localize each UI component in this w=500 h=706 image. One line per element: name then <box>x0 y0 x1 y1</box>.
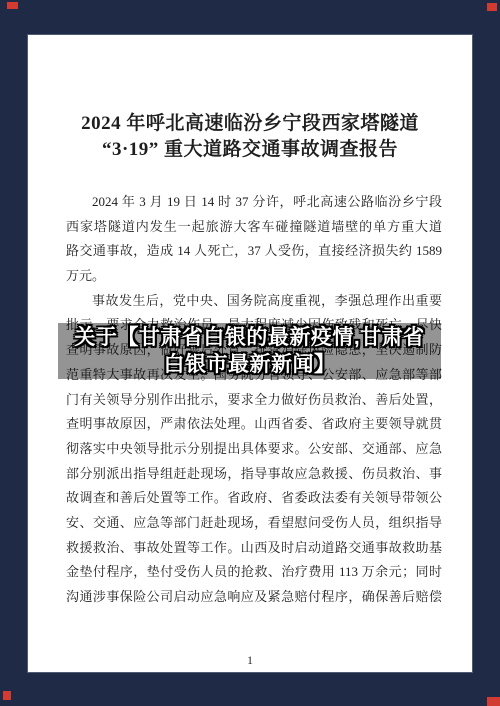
screenshot-canvas: 2024 年呼北高速临汾乡宁段西家塔隧道 “3·19” 重大道路交通事故调查报告… <box>0 0 500 706</box>
document-title-line-2: “3·19” 重大道路交通事故调查报告 <box>28 137 472 163</box>
body-line: 沟通涉事保险公司启动应急响应及紧急赔付程序，确保善后赔偿 <box>66 585 442 610</box>
body-line: 安、交通、应急等部门赶赴现场，看望慰问受伤人员，组织指导 <box>66 511 442 536</box>
watermark-headline-line-1: 关于【甘肃省白银的最新疫情,甘肃省 <box>74 324 424 351</box>
watermark-headline-line-2: 白银市最新新闻】 <box>164 351 336 378</box>
body-line: 救援救治、事故处置等工作。山西及时启动道路交通事故救助基 <box>66 536 442 561</box>
document-body: 2024 年 3 月 19 日 14 时 37 分许，呼北高速公路临汾乡宁段西家… <box>66 190 442 610</box>
corner-mark-bottom-right <box>487 697 500 706</box>
corner-mark-top-left <box>7 2 18 9</box>
document-title-line-1: 2024 年呼北高速临汾乡宁段西家塔隧道 <box>28 111 472 137</box>
body-line: 故调查和善后处置等工作。省政府、省委政法委有关领导带领公 <box>66 486 442 511</box>
body-line: 部分别派出指导组赶赴现场，指导事故应急救援、伤员救治、事 <box>66 462 442 487</box>
body-line: 查明事故原因，严肃依法处理。山西省委、省政府主要领导就贯 <box>66 412 442 437</box>
body-line: 事故发生后，党中央、国务院高度重视，李强总理作出重要 <box>66 289 442 314</box>
watermark-headline-banner: 关于【甘肃省白银的最新疫情,甘肃省 白银市最新新闻】 <box>58 323 441 379</box>
corner-mark-top-right <box>487 3 497 11</box>
body-line: 路交通事故，造成 14 人死亡，37 人受伤，直接经济损失约 1589 <box>66 239 442 264</box>
body-line: 2024 年 3 月 19 日 14 时 37 分许，呼北高速公路临汾乡宁段 <box>66 190 442 215</box>
body-line: 西家塔隧道内发生一起旅游大客车碰撞隧道墙壁的单方重大道 <box>66 215 442 240</box>
corner-mark-bottom-left <box>3 691 11 700</box>
body-line: 金垫付程序，垫付受伤人员的抢救、治疗费用 113 万余元；同时 <box>66 560 442 585</box>
body-line: 万元。 <box>66 264 442 289</box>
document-title: 2024 年呼北高速临汾乡宁段西家塔隧道 “3·19” 重大道路交通事故调查报告 <box>28 111 472 163</box>
body-line: 门有关领导分别作出批示，要求全力做好伤员救治、善后处置， <box>66 388 442 413</box>
body-line: 彻落实中央领导批示分别提出具体要求。公安部、交通部、应急 <box>66 437 442 462</box>
page-number: 1 <box>28 653 472 668</box>
